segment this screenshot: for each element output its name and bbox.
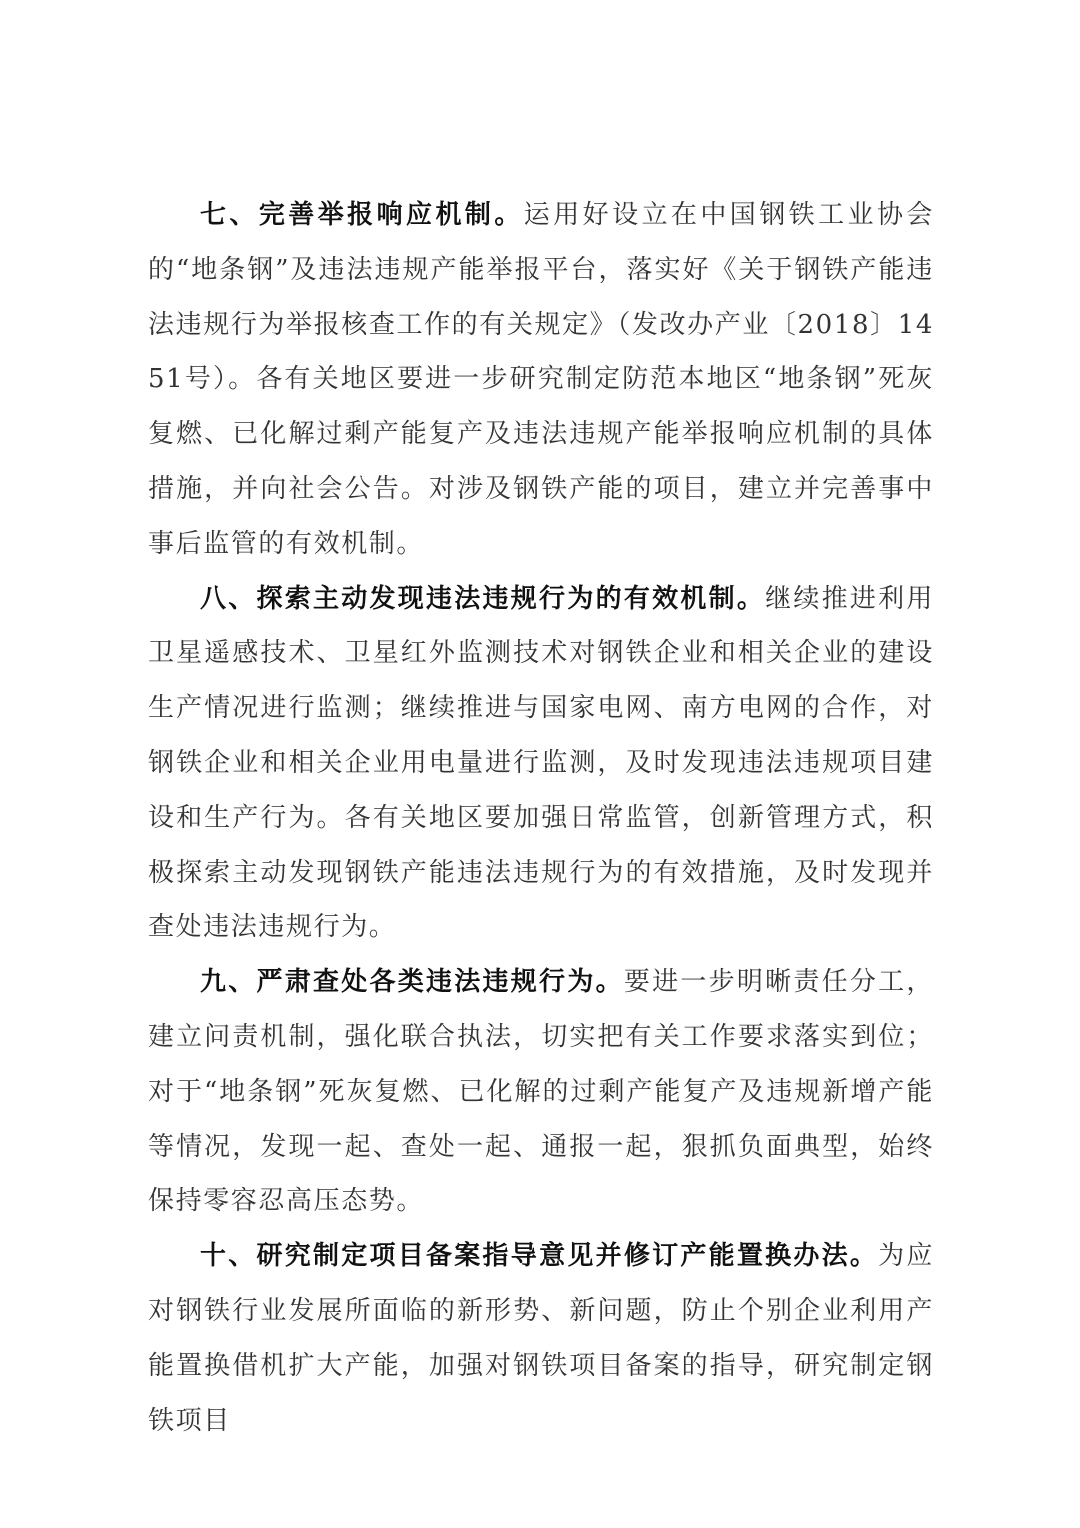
paragraph-9: 九、严肃查处各类违法违规行为。要进一步明晰责任分工，建立问责机制，强化联合执法，… xyxy=(148,955,934,1229)
paragraph-7: 七、完善举报响应机制。运用好设立在中国钢铁工业协会的“地条钢”及违法违规产能举报… xyxy=(148,188,934,572)
paragraph-heading: 八、探索主动发现违法违规行为的有效机制。 xyxy=(200,584,765,614)
document-page: 七、完善举报响应机制。运用好设立在中国钢铁工业协会的“地条钢”及违法违规产能举报… xyxy=(148,188,934,1448)
paragraph-8: 八、探索主动发现违法违规行为的有效机制。继续推进利用卫星遥感技术、卫星红外监测技… xyxy=(148,572,934,956)
paragraph-heading: 七、完善举报响应机制。 xyxy=(200,200,524,230)
paragraph-10: 十、研究制定项目备案指导意见并修订产能置换办法。为应对钢铁行业发展所面临的新形势… xyxy=(148,1229,934,1448)
paragraph-body: 继续推进利用卫星遥感技术、卫星红外监测技术对钢铁企业和相关企业的建设生产情况进行… xyxy=(148,584,934,943)
paragraph-body: 要进一步明晰责任分工，建立问责机制，强化联合执法，切实把有关工作要求落实到位；对… xyxy=(148,967,934,1216)
paragraph-heading: 十、研究制定项目备案指导意见并修订产能置换办法。 xyxy=(200,1241,878,1271)
paragraph-heading: 九、严肃查处各类违法违规行为。 xyxy=(200,967,624,997)
paragraph-body: 运用好设立在中国钢铁工业协会的“地条钢”及违法违规产能举报平台，落实好《关于钢铁… xyxy=(148,200,934,559)
